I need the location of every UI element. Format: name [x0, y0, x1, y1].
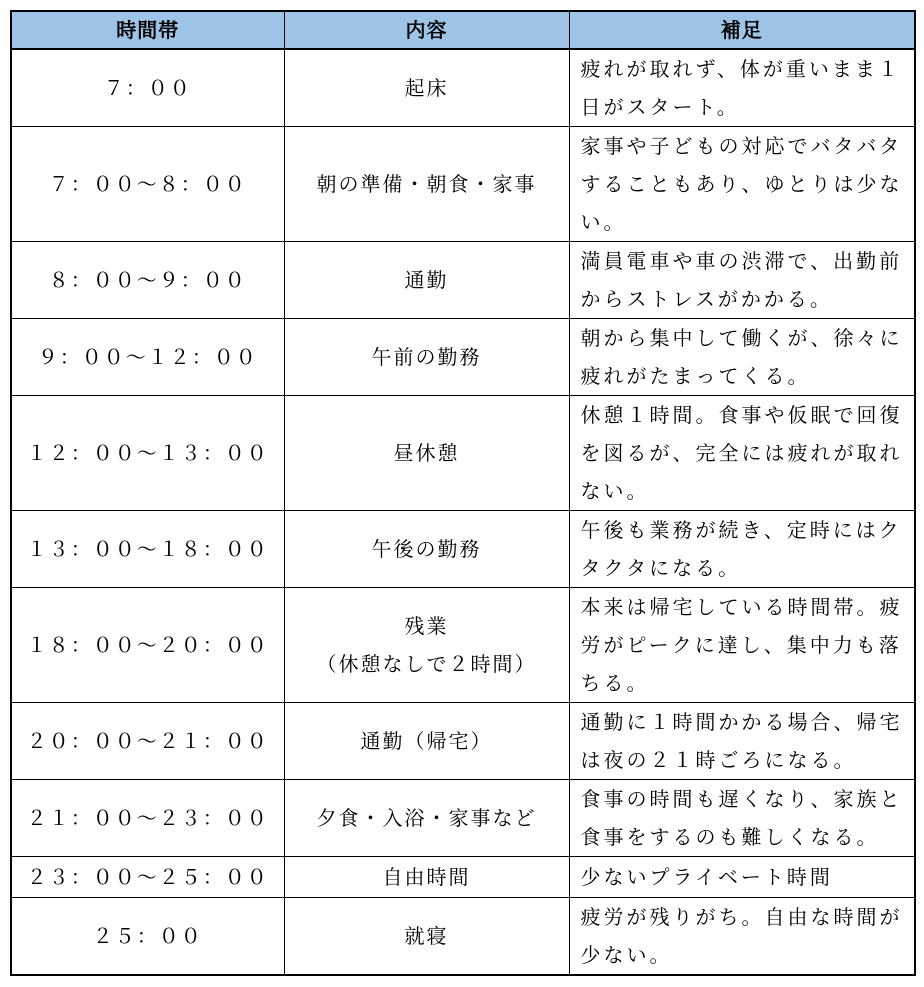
content-cell: 午後の勤務: [284, 511, 569, 588]
time-cell: １３：００～１８：００: [11, 511, 284, 588]
table-row: ２５：００就寝疲労が残りがち。自由な時間が少ない。: [11, 898, 915, 976]
header-cell-time: 時間帯: [11, 11, 284, 49]
note-cell: 疲労が残りがち。自由な時間が少ない。: [569, 898, 915, 976]
time-cell: ２３：００～２５：００: [11, 857, 284, 898]
note-cell: 家事や子どもの対応でバタバタすることもあり、ゆとりは少ない。: [569, 127, 915, 242]
content-cell: 自由時間: [284, 857, 569, 898]
table-row: ８：００～９：００通勤満員電車や車の渋滞で、出勤前からストレスがかかる。: [11, 242, 915, 319]
note-cell: 本来は帰宅している時間帯。疲労がピークに達し、集中力も落ちる。: [569, 588, 915, 703]
time-cell: ２０：００～２１：００: [11, 703, 284, 780]
time-cell: １８：００～２０：００: [11, 588, 284, 703]
content-cell: 朝の準備・朝食・家事: [284, 127, 569, 242]
header-cell-content: 内容: [284, 11, 569, 49]
table-row: ２１：００～２３：００夕食・入浴・家事など食事の時間も遅くなり、家族と食事をする…: [11, 780, 915, 857]
table-row: ２３：００～２５：００自由時間少ないプライベート時間: [11, 857, 915, 898]
table-header: 時間帯 内容 補足: [11, 11, 915, 49]
table-row: ７：００～８：００朝の準備・朝食・家事家事や子どもの対応でバタバタすることもあり…: [11, 127, 915, 242]
time-cell: ７：００～８：００: [11, 127, 284, 242]
time-cell: ７：００: [11, 49, 284, 127]
time-cell: ８：００～９：００: [11, 242, 284, 319]
time-cell: １２：００～１３：００: [11, 396, 284, 511]
note-cell: 朝から集中して働くが、徐々に疲れがたまってくる。: [569, 319, 915, 396]
table-row: １２：００～１３：００昼休憩休憩１時間。食事や仮眠で回復を図るが、完全には疲れが…: [11, 396, 915, 511]
header-row: 時間帯 内容 補足: [11, 11, 915, 49]
content-cell: 夕食・入浴・家事など: [284, 780, 569, 857]
note-cell: 通勤に１時間かかる場合、帰宅は夜の２１時ごろになる。: [569, 703, 915, 780]
note-cell: 少ないプライベート時間: [569, 857, 915, 898]
content-cell: 通勤: [284, 242, 569, 319]
table-row: ７：００起床疲れが取れず、体が重いまま１日がスタート。: [11, 49, 915, 127]
note-cell: 午後も業務が続き、定時にはクタクタになる。: [569, 511, 915, 588]
header-cell-note: 補足: [569, 11, 915, 49]
note-cell: 満員電車や車の渋滞で、出勤前からストレスがかかる。: [569, 242, 915, 319]
content-cell: 起床: [284, 49, 569, 127]
time-cell: ９：００～１２：００: [11, 319, 284, 396]
schedule-table: 時間帯 内容 補足 ７：００起床疲れが取れず、体が重いまま１日がスタート。７：０…: [10, 10, 916, 976]
content-cell: 残業 （休憩なしで２時間）: [284, 588, 569, 703]
table-row: １３：００～１８：００午後の勤務午後も業務が続き、定時にはクタクタになる。: [11, 511, 915, 588]
note-cell: 疲れが取れず、体が重いまま１日がスタート。: [569, 49, 915, 127]
time-cell: ２５：００: [11, 898, 284, 976]
content-cell: 午前の勤務: [284, 319, 569, 396]
content-cell: 昼休憩: [284, 396, 569, 511]
time-cell: ２１：００～２３：００: [11, 780, 284, 857]
note-cell: 食事の時間も遅くなり、家族と食事をするのも難しくなる。: [569, 780, 915, 857]
table-body: ７：００起床疲れが取れず、体が重いまま１日がスタート。７：００～８：００朝の準備…: [11, 49, 915, 975]
note-cell: 休憩１時間。食事や仮眠で回復を図るが、完全には疲れが取れない。: [569, 396, 915, 511]
table-row: ２０：００～２１：００通勤（帰宅）通勤に１時間かかる場合、帰宅は夜の２１時ごろに…: [11, 703, 915, 780]
content-cell: 通勤（帰宅）: [284, 703, 569, 780]
table-row: １８：００～２０：００残業 （休憩なしで２時間）本来は帰宅している時間帯。疲労が…: [11, 588, 915, 703]
table-row: ９：００～１２：００午前の勤務朝から集中して働くが、徐々に疲れがたまってくる。: [11, 319, 915, 396]
schedule-table-container: 時間帯 内容 補足 ７：００起床疲れが取れず、体が重いまま１日がスタート。７：０…: [10, 10, 916, 976]
content-cell: 就寝: [284, 898, 569, 976]
